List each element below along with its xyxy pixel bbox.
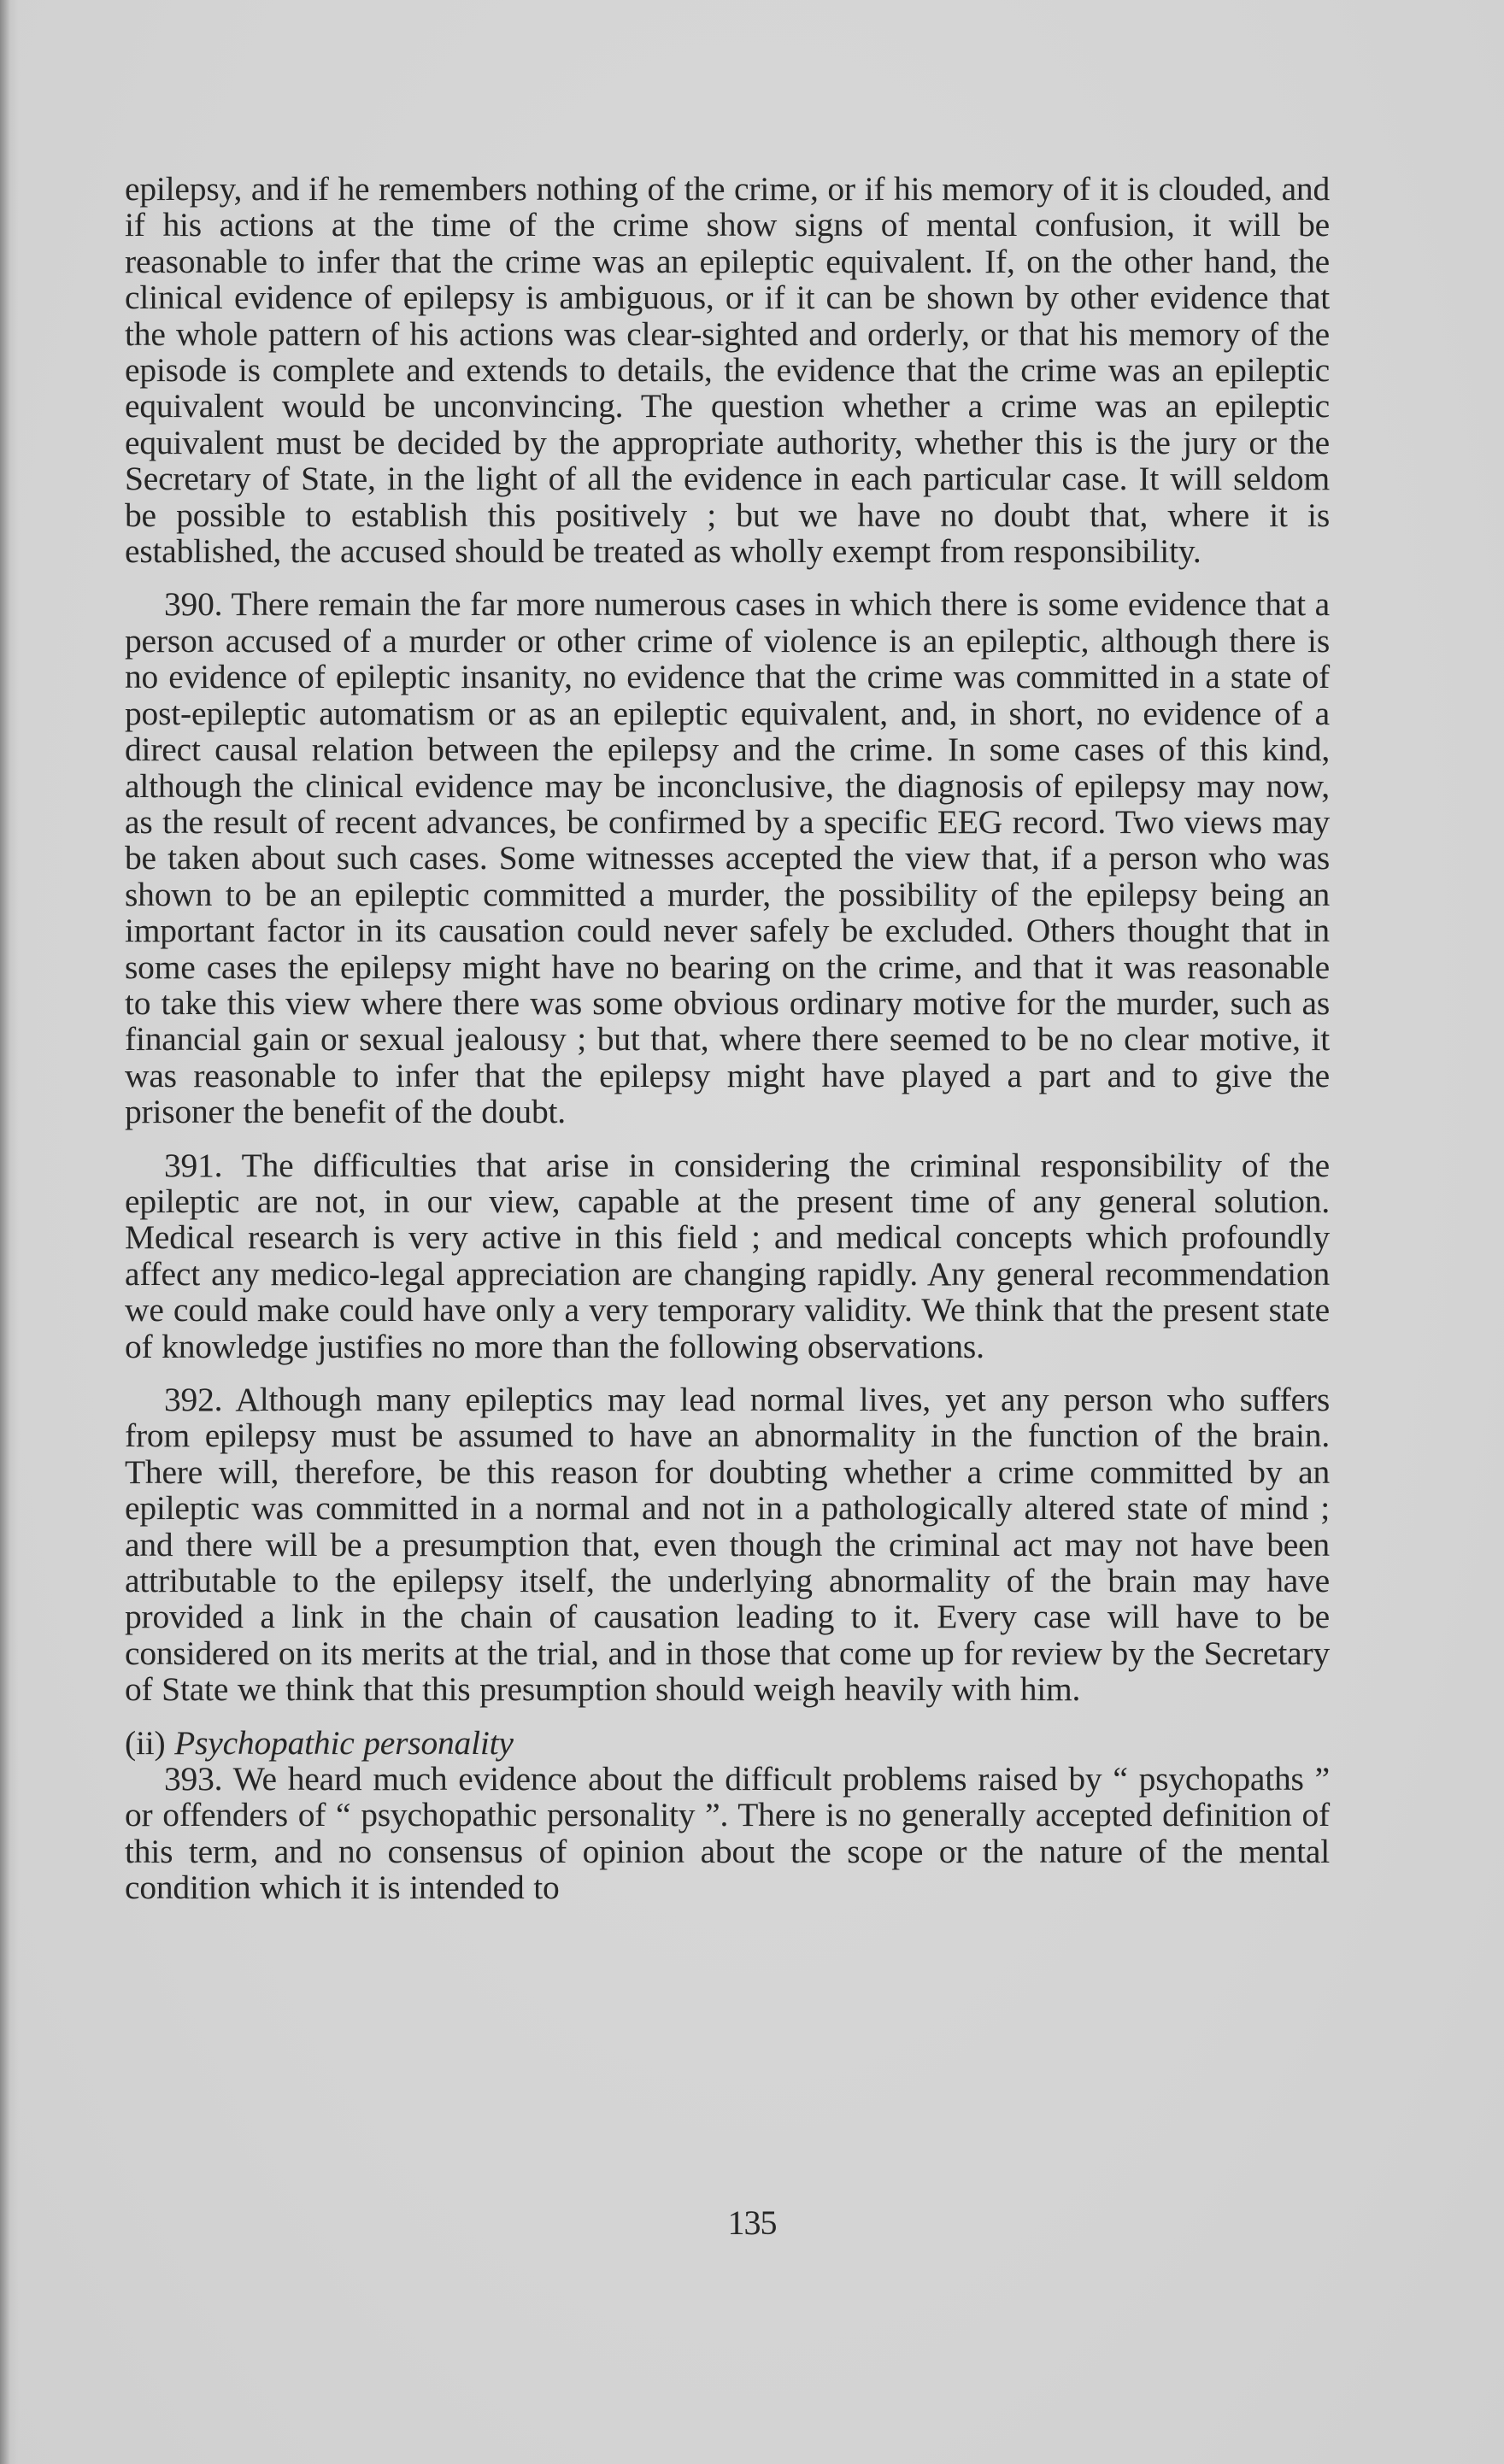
scanned-page: epilepsy, and if he remembers nothing of… xyxy=(0,0,1504,2464)
paragraph-390: 390. There remain the far more numerous … xyxy=(125,586,1330,1129)
page-number: 135 xyxy=(0,2203,1504,2243)
section-heading-title: Psychopathic personality xyxy=(174,1724,514,1762)
paragraph-number: 390. xyxy=(164,585,222,623)
paragraph-text: There remain the far more numerous cases… xyxy=(125,585,1330,1130)
section-heading: (ii) Psychopathic personality xyxy=(125,1725,1330,1761)
paragraph-continuation: epilepsy, and if he remembers nothing of… xyxy=(125,171,1330,569)
paragraph-text: We heard much evidence about the difficu… xyxy=(125,1760,1330,1906)
paragraph-number: 393. xyxy=(164,1760,222,1798)
paragraph-text: Although many epileptics may lead normal… xyxy=(125,1381,1330,1708)
paragraph-number: 392. xyxy=(164,1381,222,1418)
paragraph-text: The difficulties that arise in consideri… xyxy=(125,1147,1330,1365)
paragraph-text: epilepsy, and if he remembers nothing of… xyxy=(125,170,1330,570)
paragraph-391: 391. The difficulties that arise in cons… xyxy=(125,1147,1330,1364)
body-text: epilepsy, and if he remembers nothing of… xyxy=(125,171,1330,1923)
paragraph-393: 393. We heard much evidence about the di… xyxy=(125,1761,1330,1906)
paragraph-number: 391. xyxy=(164,1147,222,1184)
section-heading-number: (ii) xyxy=(125,1724,165,1762)
paragraph-392: 392. Although many epileptics may lead n… xyxy=(125,1382,1330,1708)
